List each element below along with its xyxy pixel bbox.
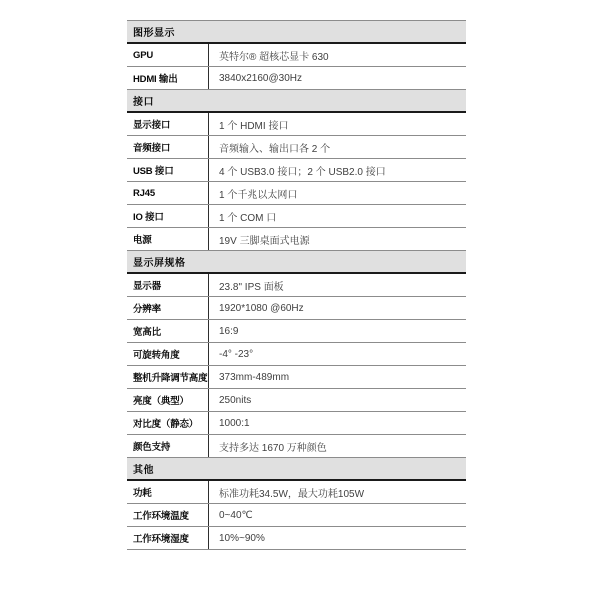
spec-label: 可旋转角度 bbox=[127, 343, 208, 365]
table-row: 工作环境湿度10%~90% bbox=[127, 527, 466, 550]
table-row: 宽高比16:9 bbox=[127, 320, 466, 343]
spec-label: IO 接口 bbox=[127, 205, 208, 227]
section-header: 显示屏规格 bbox=[127, 251, 466, 274]
spec-label: 宽高比 bbox=[127, 320, 208, 342]
spec-label: GPU bbox=[127, 44, 208, 66]
table-row: 工作环境温度0~40℃ bbox=[127, 504, 466, 527]
spec-value: 0~40℃ bbox=[208, 504, 466, 526]
spec-label: 对比度（静态） bbox=[127, 412, 208, 434]
table-row: 电源19V 三脚桌面式电源 bbox=[127, 228, 466, 251]
section-header: 接口 bbox=[127, 90, 466, 113]
table-row: USB 接口4 个 USB3.0 接口；2 个 USB2.0 接口 bbox=[127, 159, 466, 182]
spec-value: 标准功耗34.5W，最大功耗105W bbox=[208, 481, 466, 503]
spec-value: 1920*1080 @60Hz bbox=[208, 297, 466, 319]
section-header: 其他 bbox=[127, 458, 466, 481]
spec-label: 电源 bbox=[127, 228, 208, 250]
spec-label: RJ45 bbox=[127, 182, 208, 204]
spec-label: 工作环境湿度 bbox=[127, 527, 208, 549]
spec-value: 19V 三脚桌面式电源 bbox=[208, 228, 466, 250]
spec-label: USB 接口 bbox=[127, 159, 208, 181]
spec-table: 图形显示GPU英特尔® 超核芯显卡 630HDMI 输出3840x2160@30… bbox=[127, 20, 466, 550]
spec-label: 功耗 bbox=[127, 481, 208, 503]
table-row: 分辨率1920*1080 @60Hz bbox=[127, 297, 466, 320]
table-row: 整机升降调节高度373mm-489mm bbox=[127, 366, 466, 389]
table-row: HDMI 输出3840x2160@30Hz bbox=[127, 67, 466, 90]
page: 图形显示GPU英特尔® 超核芯显卡 630HDMI 输出3840x2160@30… bbox=[0, 0, 603, 613]
table-row: 显示器23.8" IPS 面板 bbox=[127, 274, 466, 297]
spec-value: 250nits bbox=[208, 389, 466, 411]
table-row: 颜色支持支持多达 1670 万种颜色 bbox=[127, 435, 466, 458]
spec-value: 1 个 COM 口 bbox=[208, 205, 466, 227]
spec-value: 4 个 USB3.0 接口；2 个 USB2.0 接口 bbox=[208, 159, 466, 181]
table-row: 音频接口音频输入、输出口各 2 个 bbox=[127, 136, 466, 159]
spec-label: 整机升降调节高度 bbox=[127, 366, 208, 388]
spec-label: 音频接口 bbox=[127, 136, 208, 158]
spec-value: 3840x2160@30Hz bbox=[208, 67, 466, 89]
spec-label: 显示接口 bbox=[127, 113, 208, 135]
spec-label: HDMI 输出 bbox=[127, 67, 208, 89]
table-row: GPU英特尔® 超核芯显卡 630 bbox=[127, 44, 466, 67]
table-row: 可旋转角度-4° -23° bbox=[127, 343, 466, 366]
spec-value: 16:9 bbox=[208, 320, 466, 342]
table-row: 亮度（典型）250nits bbox=[127, 389, 466, 412]
section-header: 图形显示 bbox=[127, 21, 466, 44]
table-row: RJ451 个千兆以太网口 bbox=[127, 182, 466, 205]
spec-label: 颜色支持 bbox=[127, 435, 208, 457]
spec-label: 工作环境温度 bbox=[127, 504, 208, 526]
spec-label: 显示器 bbox=[127, 274, 208, 296]
spec-value: 1000:1 bbox=[208, 412, 466, 434]
table-row: IO 接口1 个 COM 口 bbox=[127, 205, 466, 228]
spec-value: 英特尔® 超核芯显卡 630 bbox=[208, 44, 466, 66]
spec-label: 亮度（典型） bbox=[127, 389, 208, 411]
spec-value: -4° -23° bbox=[208, 343, 466, 365]
spec-value: 373mm-489mm bbox=[208, 366, 466, 388]
table-row: 功耗标准功耗34.5W，最大功耗105W bbox=[127, 481, 466, 504]
table-row: 显示接口1 个 HDMI 接口 bbox=[127, 113, 466, 136]
spec-value: 23.8" IPS 面板 bbox=[208, 274, 466, 296]
spec-value: 1 个千兆以太网口 bbox=[208, 182, 466, 204]
spec-value: 音频输入、输出口各 2 个 bbox=[208, 136, 466, 158]
spec-label: 分辨率 bbox=[127, 297, 208, 319]
spec-value: 1 个 HDMI 接口 bbox=[208, 113, 466, 135]
table-row: 对比度（静态）1000:1 bbox=[127, 412, 466, 435]
spec-value: 支持多达 1670 万种颜色 bbox=[208, 435, 466, 457]
spec-value: 10%~90% bbox=[208, 527, 466, 549]
